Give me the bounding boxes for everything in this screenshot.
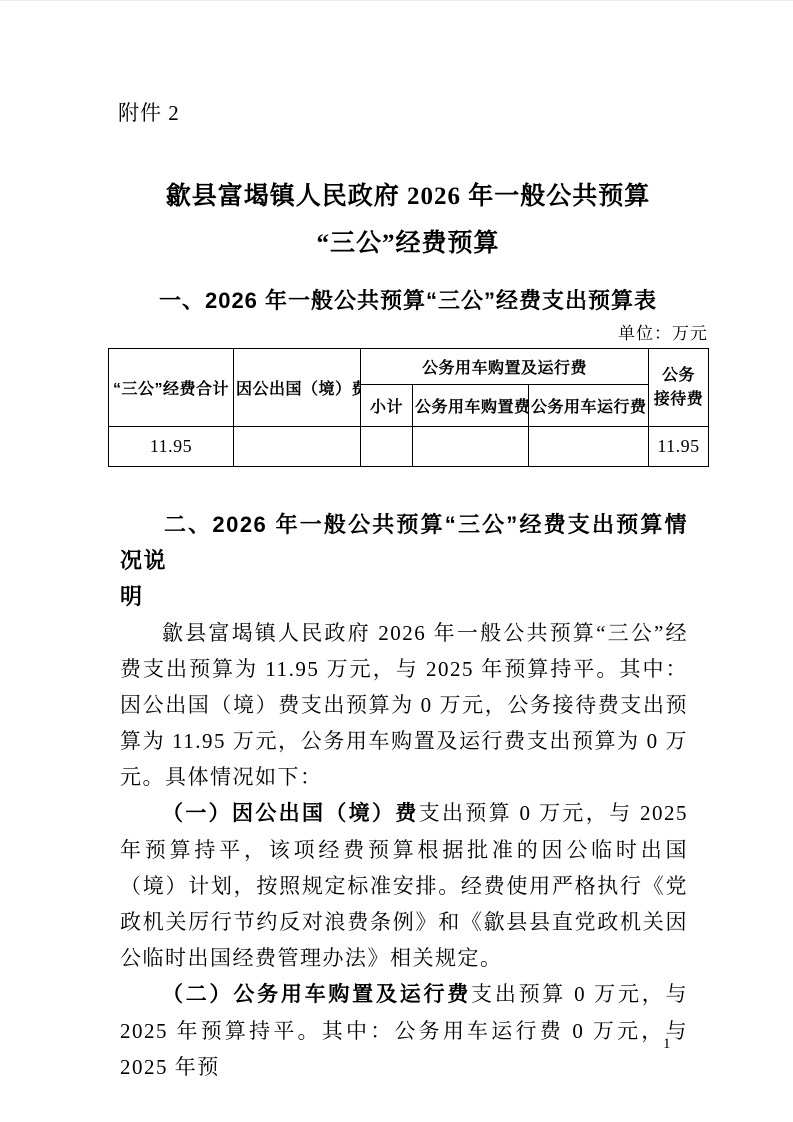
header-cell-vehicle-operation: 公务用车运行费 <box>529 385 649 427</box>
header-cell-reception: 公务 接待费 <box>649 349 709 427</box>
section2-paragraph1: 歙县富堨镇人民政府 2026 年一般公共预算“三公”经费支出预算为 11.95 … <box>120 615 688 795</box>
page-number: 1 <box>663 1036 671 1053</box>
section2-item2: （二）公务用车购置及运行费支出预算 0 万元，与 2025 年预算持平。其中：公… <box>120 976 688 1085</box>
header-cell-reception-line2: 接待费 <box>651 388 706 412</box>
unit-note: 单位：万元 <box>108 319 708 344</box>
section2-item1: （一）因公出国（境）费支出预算 0 万元，与 2025 年预算持平，该项经费预算… <box>120 795 688 976</box>
section1-heading: 一、2026 年一般公共预算“三公”经费支出预算表 <box>108 284 708 315</box>
document-title-line1: 歙县富堨镇人民政府 2026 年一般公共预算 <box>108 173 708 220</box>
item2-lead: （二）公务用车购置及运行费 <box>162 983 471 1006</box>
value-cell-vehicle-purchase <box>413 427 529 467</box>
document-page: 附件 2 歙县富堨镇人民政府 2026 年一般公共预算 “三公”经费预算 一、2… <box>0 0 793 1122</box>
header-cell-vehicle-group: 公务用车购置及运行费 <box>361 349 649 385</box>
document-title-line2: “三公”经费预算 <box>108 220 708 267</box>
section2-body: 二、2026 年一般公共预算“三公”经费支出预算情况说 明 歙县富堨镇人民政府 … <box>120 507 688 1085</box>
value-cell-vehicle-subtotal <box>361 427 413 467</box>
value-cell-vehicle-operation <box>529 427 649 467</box>
attachment-label: 附件 2 <box>118 97 180 127</box>
section2-heading-line2: 明 <box>120 579 688 615</box>
value-cell-abroad <box>234 427 361 467</box>
header-cell-total: “三公”经费合计 <box>109 349 234 427</box>
item1-lead: （一）因公出国（境）费 <box>162 802 419 825</box>
header-cell-vehicle-purchase: 公务用车购置费 <box>413 385 529 427</box>
table-header-row-group: “三公”经费合计 因公出国（境）费 公务用车购置及运行费 公务 接待费 <box>109 349 709 385</box>
item1-body: 支出预算 0 万元，与 2025 年预算持平，该项经费预算根据批准的因公临时出国… <box>120 801 688 970</box>
table-data-row: 11.95 11.95 <box>109 427 709 467</box>
header-cell-abroad: 因公出国（境）费 <box>234 349 361 427</box>
value-cell-total: 11.95 <box>109 427 234 467</box>
header-cell-vehicle-subtotal: 小计 <box>361 385 413 427</box>
document-title: 歙县富堨镇人民政府 2026 年一般公共预算 “三公”经费预算 <box>108 173 708 267</box>
budget-table: “三公”经费合计 因公出国（境）费 公务用车购置及运行费 公务 接待费 小计 公… <box>108 348 709 467</box>
header-cell-reception-line1: 公务 <box>651 364 706 388</box>
section2-heading-line1: 二、2026 年一般公共预算“三公”经费支出预算情况说 <box>120 507 688 579</box>
value-cell-reception: 11.95 <box>649 427 709 467</box>
